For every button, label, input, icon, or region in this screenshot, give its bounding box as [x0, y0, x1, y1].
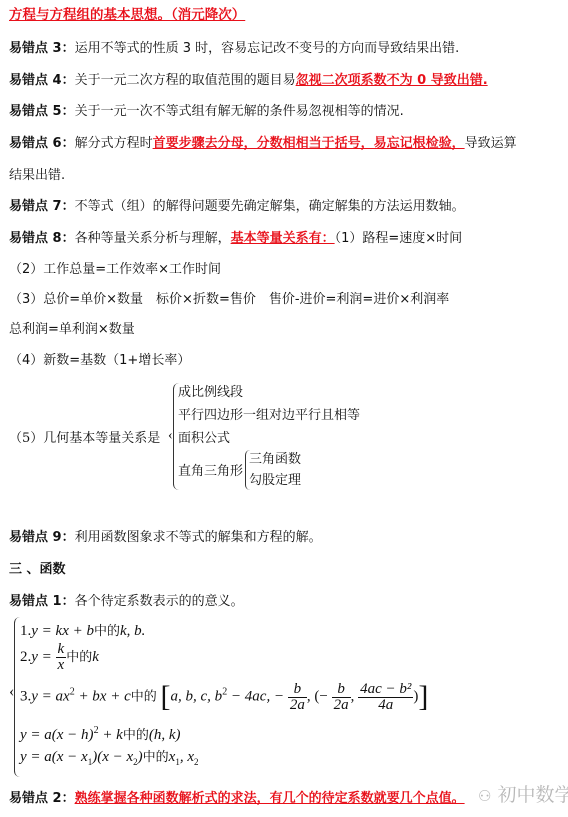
separator: , (−: [307, 688, 328, 704]
brace-tip-icon: ‹: [168, 428, 173, 444]
function-error-point-1: 易错点 1：各个待定系数表示的的意义。: [9, 594, 244, 610]
relation-5-label: （5）几何基本等量关系是: [9, 431, 160, 447]
error-point-8: 易错点 8：各种等量关系分析与理解，基本等量关系有：（1）路程=速度×时间: [9, 231, 462, 247]
formula-zh: 中的: [131, 688, 157, 703]
section-3-title: 三 、函数: [9, 562, 66, 578]
formula-num: 2.: [20, 649, 31, 665]
subscript: 2: [194, 757, 199, 767]
denominator: x: [56, 658, 67, 673]
formula-vertex: y = a(x − h)2 + k中的(h, k): [20, 724, 181, 744]
numerator: b: [288, 682, 307, 698]
point-text-after: 导致运算: [465, 136, 517, 151]
point-label: 易错点 4：: [9, 73, 75, 88]
denominator: 2a: [288, 698, 307, 713]
denominator: 2a: [332, 698, 351, 713]
denominator: 4a: [358, 698, 413, 713]
watermark-text: 初中数学: [498, 784, 568, 806]
left-bracket-icon: [: [161, 680, 171, 713]
geometry-item: 平行四边形一组对边平行且相等: [178, 408, 360, 424]
point-label: 易错点 3：: [9, 41, 75, 56]
formula-expr: y = ax: [31, 688, 69, 704]
point-highlight: 忽视二次项系数不为 0 导致出错.: [296, 73, 488, 88]
formula-intercept: y = a(x − x1)(x − x2)中的x1, x2: [20, 746, 199, 767]
point-label: 易错点 8：: [9, 231, 75, 246]
formula-coef: (h, k): [149, 727, 181, 743]
error-point-4: 易错点 4：关于一元二次方程的取值范围的题目易忽视二次项系数不为 0 导致出错.: [9, 73, 488, 89]
section-title: 方程与方程组的基本思想。（消元降次）: [9, 7, 245, 23]
error-point-3: 易错点 3：运用不等式的性质 3 时，容易忘记改不变号的方向而导致结果出错.: [9, 41, 459, 57]
formula-zh: 中的: [94, 623, 120, 638]
fraction: b2a: [332, 682, 351, 713]
formula-expr: + bx + c: [75, 688, 131, 704]
geometry-item: 成比例线段: [178, 385, 243, 401]
error-point-6-continuation: 结果出错.: [9, 168, 65, 184]
point-highlight: 首要步骤去分母，分数相相当于括号，易忘记根检验，: [153, 136, 465, 151]
function-error-point-2: 易错点 2：熟练掌握各种函数解析式的求法，有几个的待定系数就要几个点值。: [9, 791, 465, 807]
formula-expr: y = kx + b: [31, 623, 94, 639]
geometry-item: 直角三角形: [178, 464, 243, 480]
formula-expr: y =: [31, 649, 52, 665]
fraction: kx: [56, 642, 67, 673]
formula-coef: k, b.: [120, 623, 145, 639]
relation-3: （3）总价=单价×数量 标价×折数=售价 售价-进价=利润=进价×利润率: [9, 292, 449, 308]
point-text: 利用函数图象求不等式的解集和方程的解。: [75, 530, 322, 545]
coef-list: − 4ac, −: [227, 688, 284, 704]
relation-4: （4）新数=基数（1+增长率）: [9, 353, 190, 369]
right-triangle-item: 勾股定理: [249, 473, 301, 489]
numerator: k: [56, 642, 67, 658]
formula-expr: + k: [99, 727, 123, 743]
point-text: 各种等量关系分析与理解，: [75, 231, 231, 246]
point-highlight: 熟练掌握各种函数解析式的求法，有几个的待定系数就要几个点值。: [75, 791, 465, 806]
wechat-icon: ⚇: [478, 787, 491, 805]
formula-zh: 中的: [66, 649, 92, 664]
fraction: 4ac − b²4a: [358, 682, 413, 713]
numerator: 4ac − b²: [358, 682, 413, 698]
point-text: 不等式（组）的解得问题要先确定解集，确定解集的方法运用数轴。: [75, 199, 465, 214]
point-label: 易错点 1：: [9, 594, 75, 609]
formula-num: 3.: [20, 688, 31, 704]
coef-list: a, b, c, b: [171, 688, 223, 704]
point-label: 易错点 6：: [9, 136, 75, 151]
formula-zh: 中的: [123, 727, 149, 742]
error-point-6: 易错点 6：解分式方程时首要步骤去分母，分数相相当于括号，易忘记根检验，导致运算: [9, 136, 517, 152]
formula-coef: k: [92, 649, 99, 665]
watermark: ⚇ 初中数学: [478, 780, 568, 807]
formula-linear: 1.y = kx + b中的k, b.: [20, 620, 145, 640]
formula-inverse: 2.y = kx中的k: [20, 642, 99, 673]
point-text: 关于一元二次方程的取值范围的题目易: [75, 73, 296, 88]
formula-expr: y = a(x − h): [20, 727, 94, 743]
formula-expr: )(x − x: [92, 749, 133, 765]
relation-2: （2）工作总量=工作效率×工作时间: [9, 262, 221, 278]
formula-expr: y = a(x − x: [20, 749, 88, 765]
formula-num: 1.: [20, 623, 31, 639]
geometry-item: 面积公式: [178, 431, 230, 447]
error-point-9: 易错点 9：利用函数图象求不等式的解集和方程的解。: [9, 530, 322, 546]
point-label: 易错点 2：: [9, 791, 75, 806]
error-point-5: 易错点 5：关于一元一次不等式组有解无解的条件易忽视相等的情况.: [9, 104, 404, 120]
formula-zh: 中的: [143, 749, 169, 764]
right-triangle-item: 三角函数: [249, 452, 301, 468]
numerator: b: [332, 682, 351, 698]
point-text-after: （1）路程=速度×时间: [335, 231, 463, 246]
brace-tip-icon: ‹: [9, 683, 14, 701]
formula-coef: , x: [180, 749, 194, 765]
point-label: 易错点 7：: [9, 199, 75, 214]
point-label: 易错点 5：: [9, 104, 75, 119]
point-text: 关于一元一次不等式组有解无解的条件易忽视相等的情况.: [75, 104, 404, 119]
right-bracket-icon: ]: [418, 680, 428, 713]
point-text: 解分式方程时: [75, 136, 153, 151]
point-highlight: 基本等量关系有：: [231, 231, 335, 246]
point-label: 易错点 9：: [9, 530, 75, 545]
point-text: 各个待定系数表示的的意义。: [75, 594, 244, 609]
relation-3-total-profit: 总利润=单利润×数量: [9, 322, 135, 338]
error-point-7: 易错点 7：不等式（组）的解得问题要先确定解集，确定解集的方法运用数轴。: [9, 199, 465, 215]
point-text: 运用不等式的性质 3 时，容易忘记改不变号的方向而导致结果出错.: [75, 41, 460, 56]
formula-quadratic: 3.y = ax2 + bx + c中的 [a, b, c, b2 − 4ac,…: [20, 680, 428, 714]
fraction: b2a: [288, 682, 307, 713]
